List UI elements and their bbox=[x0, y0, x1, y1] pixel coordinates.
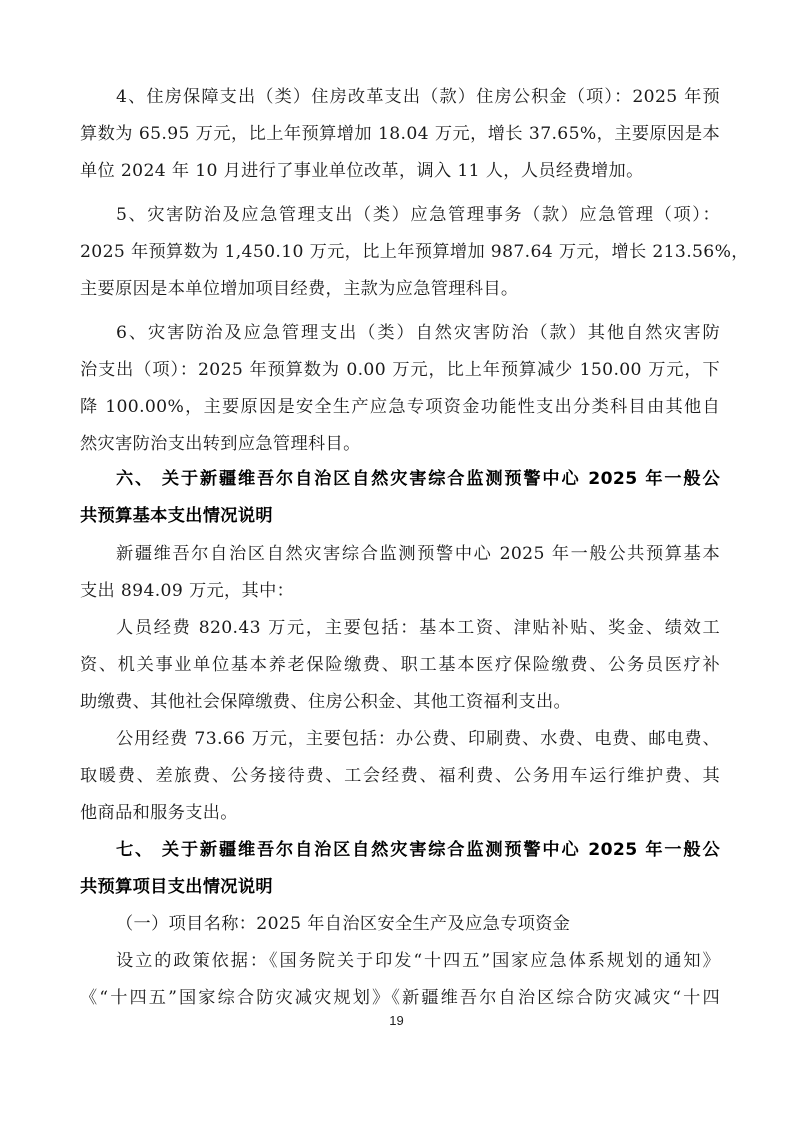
paragraph-line: 资、机关事业单位基本养老保险缴费、职工基本医疗保险缴费、公务员医疗补 bbox=[80, 651, 720, 679]
paragraph-line: 公用经费 73.66 万元，主要包括：办公费、印刷费、水费、电费、邮电费、 bbox=[80, 725, 720, 753]
paragraph-line: 人员经费 820.43 万元，主要包括：基本工资、津贴补贴、奖金、绩效工 bbox=[80, 614, 720, 642]
paragraph-line: 2025 年预算数为 1,450.10 万元，比上年预算增加 987.64 万元… bbox=[80, 238, 720, 266]
paragraph-line: 5、灾害防治及应急管理支出（类）应急管理事务（款）应急管理（项）： bbox=[80, 201, 720, 229]
paragraph-line: 降 100.00%，主要原因是安全生产应急专项资金功能性支出分类科目由其他自 bbox=[80, 393, 720, 421]
section-heading-line: 七、 关于新疆维吾尔自治区自然灾害综合监测预警中心 2025 年一般公 bbox=[80, 836, 720, 864]
paragraph-line: 助缴费、其他社会保障缴费、住房公积金、其他工资福利支出。 bbox=[80, 688, 720, 716]
paragraph-line: 单位 2024 年 10 月进行了事业单位改革，调入 11 人，人员经费增加。 bbox=[80, 157, 720, 185]
paragraph-line: 主要原因是本单位增加项目经费，主款为应急管理科目。 bbox=[80, 275, 720, 303]
paragraph-line: 4、住房保障支出（类）住房改革支出（款）住房公积金（项）：2025 年预 bbox=[80, 83, 720, 111]
paragraph-line: 算数为 65.95 万元，比上年预算增加 18.04 万元，增长 37.65%，… bbox=[80, 120, 720, 148]
paragraph-line: 支出 894.09 万元，其中： bbox=[80, 577, 720, 605]
section-heading-line: 六、 关于新疆维吾尔自治区自然灾害综合监测预警中心 2025 年一般公 bbox=[80, 465, 720, 493]
section-heading-line: 共预算项目支出情况说明 bbox=[80, 873, 720, 901]
paragraph-line: 取暖费、差旅费、公务接待费、工会经费、福利费、公务用车运行维护费、其 bbox=[80, 762, 720, 790]
paragraph-line: 然灾害防治支出转到应急管理科目。 bbox=[80, 430, 720, 458]
page-number: 19 bbox=[0, 1013, 793, 1028]
paragraph-line: 设立的政策依据：《国务院关于印发“十四五”国家应急体系规划的通知》 bbox=[80, 947, 720, 975]
paragraph-line: 治支出（项）：2025 年预算数为 0.00 万元，比上年预算减少 150.00… bbox=[80, 356, 720, 384]
paragraph-line: 新疆维吾尔自治区自然灾害综合监测预警中心 2025 年一般公共预算基本 bbox=[80, 540, 720, 568]
paragraph-line: 他商品和服务支出。 bbox=[80, 799, 720, 827]
paragraph-line: 《“十四五”国家综合防灾减灾规划》《新疆维吾尔自治区综合防灾减灾“十四 bbox=[80, 984, 720, 1012]
section-heading-line: 共预算基本支出情况说明 bbox=[80, 502, 720, 530]
paragraph-line: 6、灾害防治及应急管理支出（类）自然灾害防治（款）其他自然灾害防 bbox=[80, 319, 720, 347]
paragraph-line: （一）项目名称：2025 年自治区安全生产及应急专项资金 bbox=[80, 910, 720, 938]
document-page: 4、住房保障支出（类）住房改革支出（款）住房公积金（项）：2025 年预算数为 … bbox=[0, 0, 793, 1122]
